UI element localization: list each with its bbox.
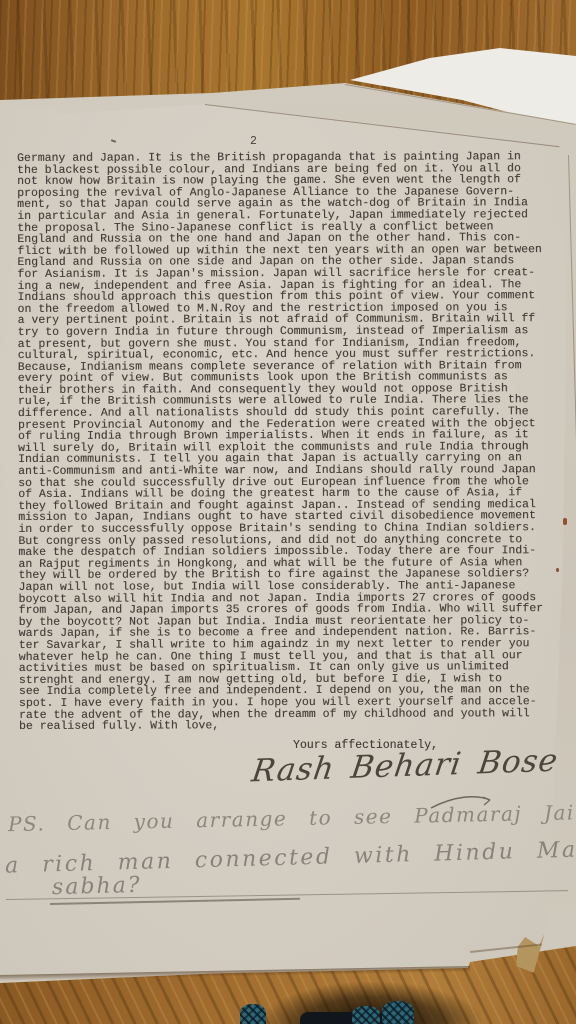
plaid-fabric-fragment xyxy=(352,1006,380,1024)
photo-of-typed-letter: 2 Germany and Japan. It is the British p… xyxy=(0,0,576,1024)
typed-body: Germany and Japan. It is the British pro… xyxy=(17,151,575,733)
plaid-fabric-fragment xyxy=(382,1001,414,1024)
typed-line: be realised fully. With love, xyxy=(19,719,575,733)
page-number: 2 xyxy=(250,135,257,148)
plaid-fabric-fragment xyxy=(240,1004,266,1024)
